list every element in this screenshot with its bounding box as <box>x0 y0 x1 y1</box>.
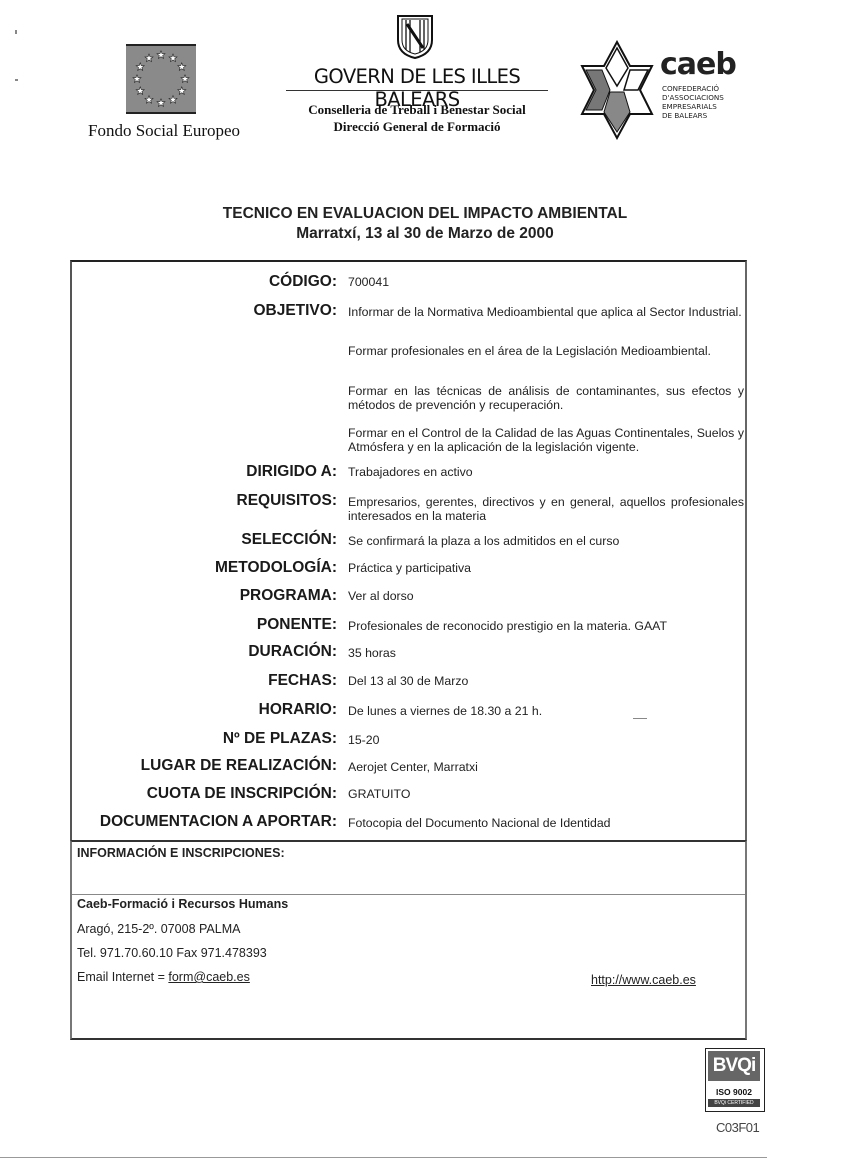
scan-mark <box>15 30 17 34</box>
objetivo-value-2: Formar profesionales en el área de la Le… <box>348 344 744 358</box>
codigo-value: 700041 <box>348 275 744 289</box>
info-box <box>70 840 747 1040</box>
plazas-label: Nº DE PLAZAS: <box>223 730 337 748</box>
caeb-sub-line: DE BALEARS <box>662 111 724 120</box>
bvqi-bar: BVQi CERTIFIED <box>708 1099 760 1107</box>
bvqi-mark: BVQi <box>708 1051 760 1081</box>
seleccion-label: SELECCIÓN: <box>241 531 337 549</box>
eu-flag-logo <box>126 44 196 114</box>
horario-value: De lunes a viernes de 18.30 a 21 h. <box>348 704 744 718</box>
seleccion-value: Se confirmará la plaza a los admitidos e… <box>348 534 744 548</box>
direccion-general-name: Direcció General de Formació <box>284 119 550 135</box>
balearic-crest-icon <box>396 14 434 60</box>
email-label: Email Internet = <box>77 970 168 984</box>
requisitos-label: REQUISITOS: <box>237 492 337 510</box>
email-line: Email Internet = form@caeb.es <box>77 970 250 984</box>
org-name: Caeb-Formació i Recursos Humans <box>77 897 288 911</box>
objetivo-label: OBJETIVO: <box>253 302 337 320</box>
address: Aragó, 215-2º. 07008 PALMA <box>77 922 240 936</box>
caeb-sub-line: EMPRESARIALS <box>662 102 724 111</box>
programa-value: Ver al dorso <box>348 589 744 603</box>
programa-label: PROGRAMA: <box>240 587 337 605</box>
fechas-label: FECHAS: <box>268 672 337 690</box>
document-code: C03F01 <box>716 1120 759 1135</box>
bvqi-cert-logo: BVQi ISO 9002 BVQi CERTIFIED <box>705 1048 765 1112</box>
dirigido-label: DIRIGIDO A: <box>246 463 337 481</box>
objetivo-value-4: Formar en el Control de la Calidad de la… <box>348 426 744 454</box>
lugar-value: Aerojet Center, Marratxi <box>348 760 744 774</box>
objetivo-value-3: Formar en las técnicas de análisis de co… <box>348 384 744 412</box>
cuota-value: GRATUITO <box>348 787 744 801</box>
iso-standard: ISO 9002 <box>706 1087 762 1097</box>
caeb-wordmark: caeb <box>660 50 736 80</box>
eu-stars-icon <box>126 46 196 112</box>
email-link[interactable]: form@caeb.es <box>168 970 249 984</box>
caeb-sub-line: CONFEDERACIÓ <box>662 84 724 93</box>
fse-caption: Fondo Social Europeo <box>88 121 240 141</box>
scan-mark <box>633 718 647 719</box>
metodologia-label: METODOLOGÍA: <box>215 559 337 577</box>
course-title: TECNICO EN EVALUACION DEL IMPACTO AMBIEN… <box>100 205 750 223</box>
cuota-label: CUOTA DE INSCRIPCIÓN: <box>147 785 337 803</box>
fechas-value: Del 13 al 30 de Marzo <box>348 674 744 688</box>
course-subtitle: Marratxí, 13 al 30 de Marzo de 2000 <box>100 225 750 243</box>
duracion-value: 35 horas <box>348 646 744 660</box>
dirigido-value: Trabajadores en activo <box>348 465 744 479</box>
requisitos-value: Empresarios, gerentes, directivos y en g… <box>348 495 744 523</box>
divider <box>72 894 745 895</box>
caeb-star-icon <box>580 40 654 140</box>
documentacion-value: Fotocopia del Documento Nacional de Iden… <box>348 816 744 830</box>
lugar-label: LUGAR DE REALIZACIÓN: <box>141 757 337 775</box>
ponente-label: PONENTE: <box>257 616 337 634</box>
metodologia-value: Práctica y participativa <box>348 561 744 575</box>
divider <box>0 1157 767 1158</box>
plazas-value: 15-20 <box>348 733 744 747</box>
duracion-label: DURACIÓN: <box>248 643 337 661</box>
conselleria-name: Conselleria de Treball i Benestar Social <box>284 102 550 118</box>
ponente-value: Profesionales de reconocido prestigio en… <box>348 619 744 633</box>
phone-fax: Tel. 971.70.60.10 Fax 971.478393 <box>77 946 267 960</box>
codigo-label: CÓDIGO: <box>269 273 337 291</box>
horario-label: HORARIO: <box>259 701 337 719</box>
objetivo-value-1: Informar de la Normativa Medioambiental … <box>348 305 744 319</box>
info-heading: INFORMACIÓN E INSCRIPCIONES: <box>77 846 285 860</box>
documentacion-label: DOCUMENTACION A APORTAR: <box>100 813 337 831</box>
website-link[interactable]: http://www.caeb.es <box>591 973 696 987</box>
divider <box>286 90 548 91</box>
caeb-subtitle: CONFEDERACIÓ D'ASSOCIACIONS EMPRESARIALS… <box>662 84 724 120</box>
scan-mark <box>15 79 18 81</box>
caeb-sub-line: D'ASSOCIACIONS <box>662 93 724 102</box>
